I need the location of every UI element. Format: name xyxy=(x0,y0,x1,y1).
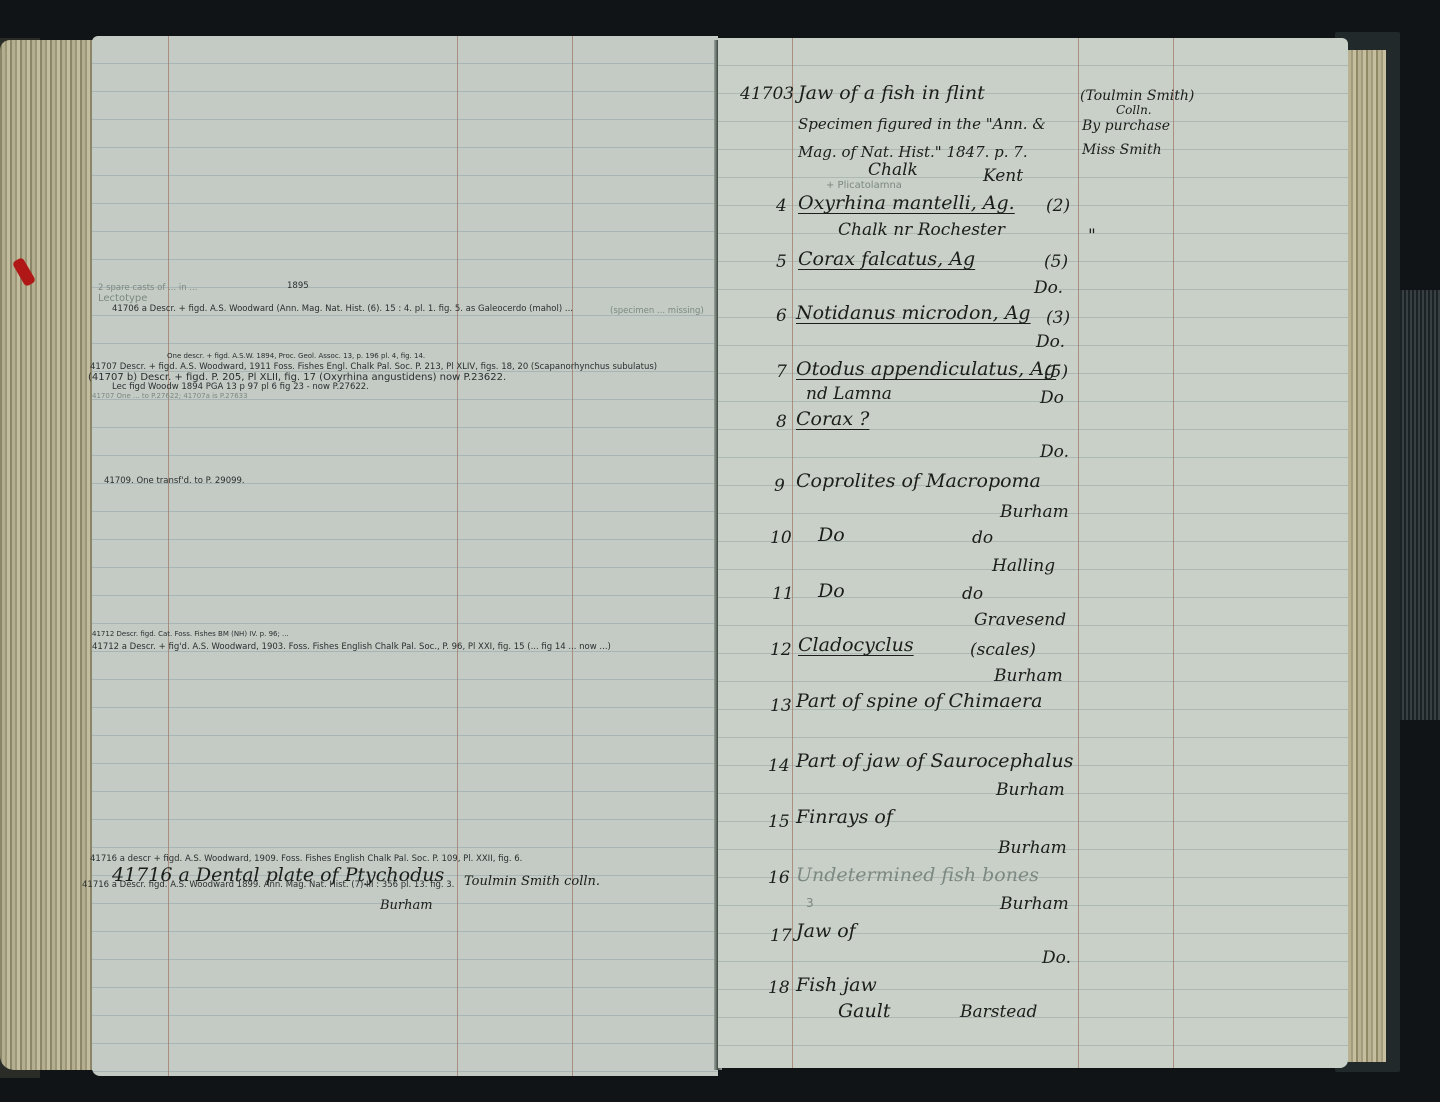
entry-description: Corax falcatus, Ag xyxy=(798,248,975,270)
entry-description: Part of spine of Chimaera xyxy=(796,690,1042,712)
entry-number: 4 xyxy=(776,196,787,216)
entry-locality: Do. xyxy=(1042,948,1071,968)
left-page: 2 spare casts of ... in ... Lectotype 18… xyxy=(92,36,718,1076)
annotation-year: 1895 xyxy=(287,281,309,291)
entry-description: Undetermined fish bones xyxy=(796,864,1039,886)
entry-description: Corax ? xyxy=(796,408,869,430)
entry-number: 17 xyxy=(770,926,792,946)
collector: Toulmin Smith colln. xyxy=(464,874,600,889)
entry-formation: do xyxy=(972,528,993,548)
entry-count: (2) xyxy=(1046,196,1070,216)
entry-description: Part of jaw of Saurocephalus xyxy=(796,750,1073,772)
entry-locality: Halling xyxy=(992,556,1055,576)
entry-description: Jaw of a fish in flint xyxy=(798,82,985,104)
annotation-line: 41716 a Descr. figd. A.S. Woodward 1899.… xyxy=(82,880,454,890)
entry-number: 9 xyxy=(774,476,785,496)
cloth-bookmark xyxy=(1400,290,1440,720)
entry-count: (3) xyxy=(1046,308,1070,328)
annotation-margin-note: (specimen ... missing) xyxy=(610,306,704,316)
entry-locality: Barstead xyxy=(960,1002,1037,1022)
annotation-line: One descr. + figd. A.S.W. 1894, Proc. Ge… xyxy=(167,352,425,360)
entry-description: Do xyxy=(818,580,845,602)
entry-description: Otodus appendiculatus, Ag xyxy=(796,358,1056,380)
entry-locality: Burham xyxy=(1000,502,1069,522)
entry-formation: Chalk xyxy=(868,160,918,180)
entry-number: 14 xyxy=(768,756,790,776)
annotation-line: 41712 Descr. figd. Cat. Foss. Fishes BM … xyxy=(92,630,289,638)
column-rule xyxy=(168,36,169,1076)
entry-number: 41703 xyxy=(740,84,794,104)
entry-locality: Gravesend xyxy=(974,610,1066,630)
entry-locality: Do xyxy=(1040,388,1064,408)
entry-locality: Burham xyxy=(996,780,1065,800)
entry-description: Cladocyclus xyxy=(798,634,914,656)
entry-extra: Specimen figured in the "Ann. & Mag. of … xyxy=(798,110,1078,166)
page-edges-left xyxy=(0,40,96,1070)
entry-locality: Chalk nr Rochester xyxy=(838,220,1005,240)
annotation-line: 41706 a Descr. + figd. A.S. Woodward (An… xyxy=(112,304,573,314)
entry-description: Finrays of xyxy=(796,806,893,828)
column-rule xyxy=(1173,38,1174,1068)
entry-number: 18 xyxy=(768,978,790,998)
locality: Burham xyxy=(380,898,433,913)
entry-number: 7 xyxy=(776,362,787,382)
entry-formation: Gault xyxy=(838,1000,890,1022)
entry-number: 5 xyxy=(776,252,787,272)
entry-locality: Burham xyxy=(1000,894,1069,914)
annotation-line: Lectotype xyxy=(98,293,147,304)
entry-description: Do xyxy=(818,524,845,546)
column-rule xyxy=(1078,38,1079,1068)
annotation-line: 41716 a descr + figd. A.S. Woodward, 190… xyxy=(90,854,522,864)
entry-formation: do xyxy=(962,584,983,604)
entry-count: (5) xyxy=(1044,252,1068,272)
entry-source: Colln. xyxy=(1116,103,1152,117)
annotation-line: 41712 a Descr. + fig'd. A.S. Woodward, 1… xyxy=(92,642,611,652)
entry-note: + Plicatolamna xyxy=(826,180,902,191)
entry-description: Jaw of xyxy=(796,920,856,942)
column-rule xyxy=(457,36,458,1076)
entry-number: 10 xyxy=(770,528,792,548)
entry-description: Coprolites of Macropoma xyxy=(796,470,1041,492)
entry-number: 11 xyxy=(772,584,794,604)
annotation-line: 41709. One transf'd. to P. 29099. xyxy=(104,476,245,486)
entry-locality: Do. xyxy=(1034,278,1063,298)
annotation-line: 41707 One ... to P.27622; 41707a is P.27… xyxy=(92,392,248,400)
entry-locality: Burham xyxy=(994,666,1063,686)
annotation-line: 2 spare casts of ... in ... xyxy=(98,283,197,293)
entry-number: 15 xyxy=(768,812,790,832)
entry-number: 6 xyxy=(776,306,787,326)
right-page: 41703 Jaw of a fish in flint Specimen fi… xyxy=(718,38,1348,1068)
column-rule xyxy=(792,38,793,1068)
entry-locality: Do. xyxy=(1040,442,1069,462)
entry-source: By purchase xyxy=(1082,118,1170,134)
entry-source-ditto: " xyxy=(1088,226,1126,246)
page-edges-right xyxy=(1346,50,1386,1062)
entry-number: 12 xyxy=(770,640,792,660)
entry-description: Fish jaw xyxy=(796,974,877,996)
entry-description: Oxyrhina mantelli, Ag. xyxy=(798,192,1015,214)
entry-description: Notidanus microdon, Ag xyxy=(796,302,1031,324)
entry-number: 13 xyxy=(770,696,792,716)
entry-source: Miss Smith xyxy=(1082,142,1162,158)
entry-count: 3 xyxy=(806,896,814,910)
annotation-line: Lec figd Woodw 1894 PGA 13 p 97 pl 6 fig… xyxy=(112,382,369,392)
entry-locality: Do. xyxy=(1036,332,1065,352)
entry-number: 8 xyxy=(776,412,787,432)
entry-source: (Toulmin Smith) xyxy=(1080,88,1194,104)
column-rule xyxy=(572,36,573,1076)
annotation-line: 41707 Descr. + figd. A.S. Woodward, 1911… xyxy=(90,362,657,372)
entry-count: (5) xyxy=(1044,362,1068,382)
entry-extra: nd Lamna xyxy=(806,384,892,404)
entry-number: 16 xyxy=(768,868,790,888)
entry-locality: Kent xyxy=(983,166,1023,186)
entry-locality: Burham xyxy=(998,838,1067,858)
entry-extra: (scales) xyxy=(970,640,1036,660)
